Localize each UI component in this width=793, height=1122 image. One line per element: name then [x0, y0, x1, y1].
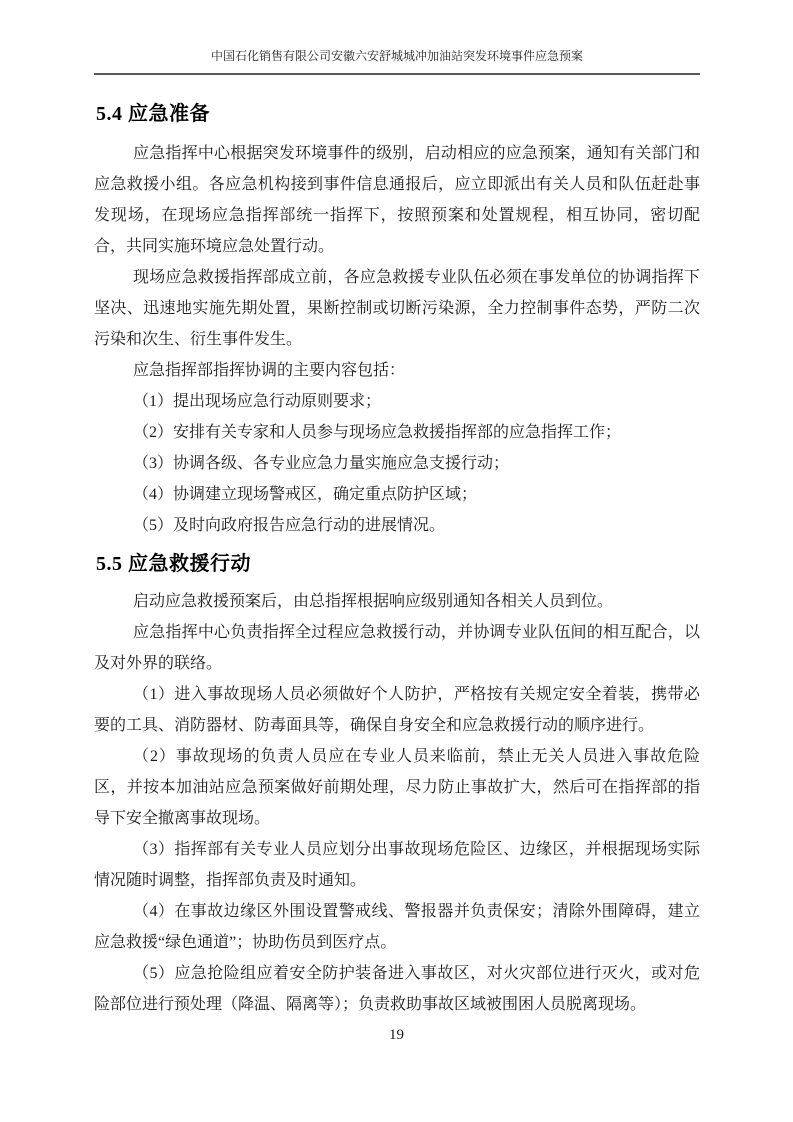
paragraph: 应急指挥部指挥协调的主要内容包括： [94, 355, 700, 386]
list-item: （1）提出现场应急行动原则要求； [94, 386, 700, 417]
list-item: （3）协调各级、各专业应急力量实施应急支援行动； [94, 448, 700, 479]
document-page: 中国石化销售有限公司安徽六安舒城城冲加油站突发环境事件应急预案 5.4 应急准备… [0, 0, 793, 1122]
list-item: （2）安排有关专家和人员参与现场应急救援指挥部的应急指挥工作； [94, 417, 700, 448]
paragraph: 现场应急救援指挥部成立前，各应急救援专业队伍必须在事发单位的协调指挥下坚决、迅速… [94, 262, 700, 355]
section-5-4-heading: 5.4 应急准备 [96, 101, 700, 128]
page-header: 中国石化销售有限公司安徽六安舒城城冲加油站突发环境事件应急预案 [94, 48, 700, 75]
page-footer: 19 [0, 1024, 793, 1046]
list-item: （3）指挥部有关专业人员应划分出事故现场危险区、边缘区，并根据现场实际情况随时调… [94, 834, 700, 896]
section-5-5: 5.5 应急救援行动 启动应急救援预案后，由总指挥根据响应级别通知各相关人员到位… [94, 551, 700, 1020]
header-title: 中国石化销售有限公司安徽六安舒城城冲加油站突发环境事件应急预案 [211, 49, 583, 63]
list-item: （1）进入事故现场人员必须做好个人防护，严格按有关规定安全着装，携带必要的工具、… [94, 679, 700, 741]
paragraph: 应急指挥中心根据突发环境事件的级别，启动相应的应急预案，通知有关部门和应急救援小… [94, 138, 700, 262]
list-item: （2）事故现场的负责人员应在专业人员来临前，禁止无关人员进入事故危险区，并按本加… [94, 741, 700, 834]
page-number: 19 [389, 1027, 404, 1043]
list-item: （5）及时向政府报告应急行动的进展情况。 [94, 510, 700, 541]
paragraph: 应急指挥中心负责指挥全过程应急救援行动，并协调专业队伍间的相互配合，以及对外界的… [94, 617, 700, 679]
paragraph: 启动应急救援预案后，由总指挥根据响应级别通知各相关人员到位。 [94, 586, 700, 617]
list-item: （4）在事故边缘区外围设置警戒线、警报器并负责保安；清除外围障碍，建立应急救援“… [94, 896, 700, 958]
list-item: （5）应急抢险组应着安全防护装备进入事故区，对火灾部位进行灭火，或对危险部位进行… [94, 958, 700, 1020]
section-5-5-heading: 5.5 应急救援行动 [96, 551, 700, 578]
list-item: （4）协调建立现场警戒区，确定重点防护区域； [94, 479, 700, 510]
section-5-4: 5.4 应急准备 应急指挥中心根据突发环境事件的级别，启动相应的应急预案，通知有… [94, 101, 700, 541]
